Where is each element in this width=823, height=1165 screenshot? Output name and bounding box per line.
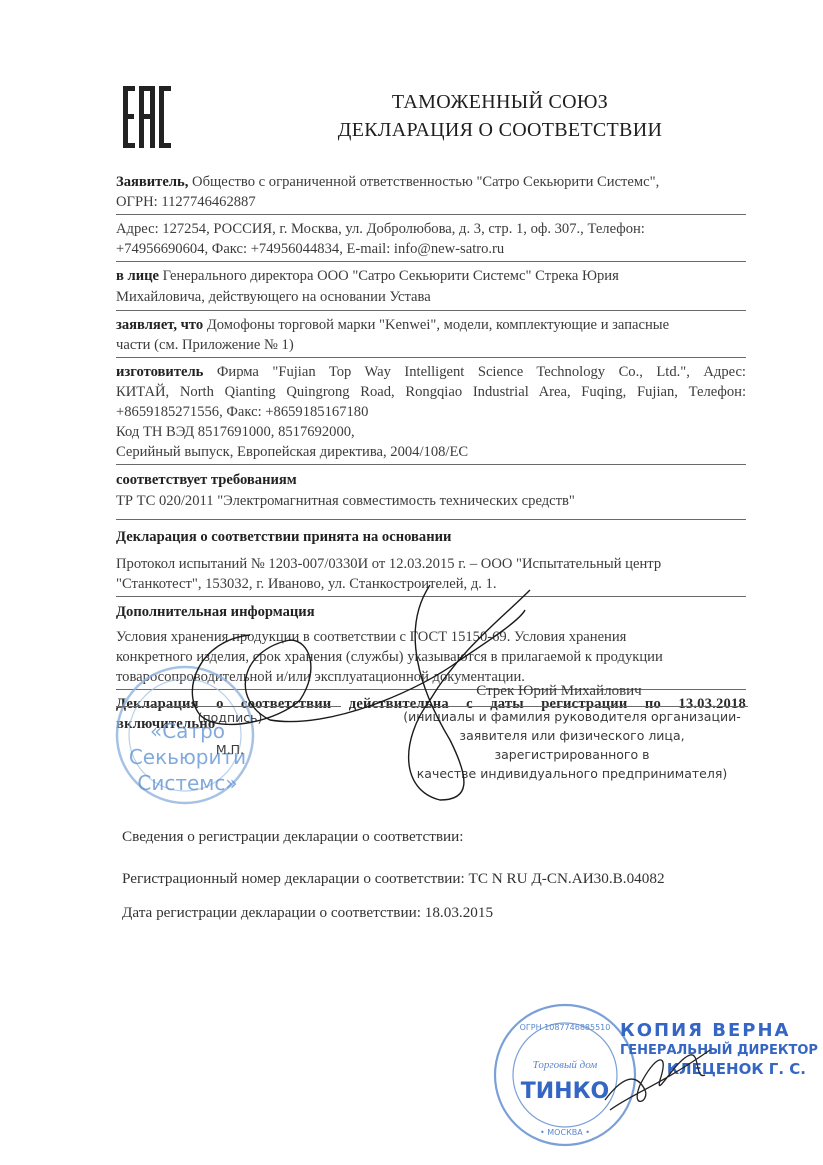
handwritten-signature-icon (0, 0, 823, 1165)
svg-text:• МОСКВА •: • МОСКВА • (540, 1128, 590, 1137)
svg-text:ОГРН 1087746885510: ОГРН 1087746885510 (520, 1023, 611, 1032)
svg-text:ТИНКО: ТИНКО (521, 1079, 610, 1104)
registration-heading: Сведения о регистрации декларации о соот… (122, 827, 665, 861)
director-signature-icon (600, 1040, 720, 1120)
svg-text:Торговый дом: Торговый дом (533, 1059, 598, 1071)
copy-stamp-line-1: КОПИЯ ВЕРНА (620, 1020, 820, 1041)
registration-section: Сведения о регистрации декларации о соот… (122, 827, 665, 937)
registration-date: Дата регистрации декларации о соответств… (122, 903, 665, 937)
registration-number: Регистрационный номер декларации о соотв… (122, 869, 665, 903)
